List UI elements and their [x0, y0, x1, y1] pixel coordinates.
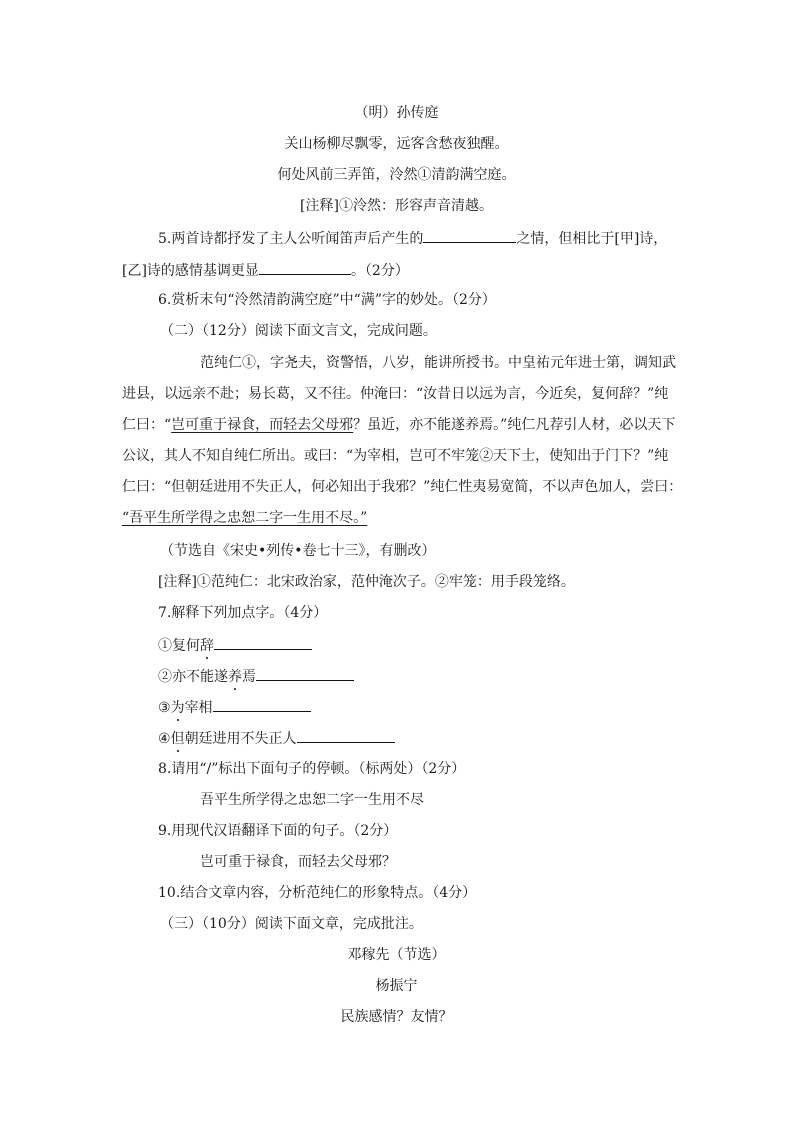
article-author: 杨振宁	[0, 977, 793, 995]
passage-line-3: 仁曰：“岂可重于禄食，而轻去父母邪？虽近，亦不能遂养焉。”纯仁凡荐引人材，必以天…	[122, 416, 675, 434]
poem-author: （明）孙传庭	[0, 104, 793, 122]
answer-blank[interactable]	[423, 228, 516, 243]
underlined-sentence: 岂可重于禄食，而轻去父母邪	[171, 417, 353, 433]
answer-blank[interactable]	[256, 666, 354, 681]
section-3-header: （三）（10分）阅读下面文章，完成批注。	[160, 915, 423, 933]
dotted-char: 但	[171, 730, 185, 748]
passage-line-5: 仁曰：“但朝廷进用不失正人，何必知出于我邪？”纯仁性夷易宽简，不以声色加人，尝曰…	[122, 478, 682, 496]
article-title: 邓稼先（节选）	[0, 946, 793, 964]
dotted-char: 为	[171, 699, 185, 717]
poem-note: [注释]①泠然：形容声音清越。	[0, 197, 793, 215]
answer-blank[interactable]	[259, 260, 351, 275]
question-5-line-2: [乙]诗的感情基调更显。（2分）	[122, 260, 409, 280]
dotted-char: 辞	[200, 637, 214, 655]
question-7-item-1: ①复何辞	[158, 635, 312, 655]
passage-line-4: 公议，其人不知自纯仁所出。或曰：“为宰相，岂可不牢笼②天下士，使知出于门下？”纯	[122, 447, 668, 465]
question-6: 6.赏析末句“泠然清韵满空庭”中“满”字的妙处。（2分）	[158, 291, 496, 309]
source-citation: （节选自《宋史•列传•卷七十三》，有删改）	[160, 542, 436, 560]
passage-line-6-underlined: “吾平生所学得之忠恕二字一生用不尽。”	[122, 509, 367, 527]
poem-line-1: 关山杨柳尽飘零，远客含愁夜独醒。	[0, 135, 793, 153]
question-10: 10.结合文章内容，分析范纯仁的形象特点。（4分）	[158, 884, 476, 902]
question-7-item-3: ③为宰相	[158, 697, 311, 717]
passage-line-1: 范纯仁①，字尧夫，资警悟，八岁，能讲所授书。中皇祐元年进士第，调知武	[200, 354, 676, 372]
section-2-header: （二）（12分）阅读下面文言文，完成问题。	[160, 322, 437, 340]
question-7-item-2: ②亦不能遂养焉	[158, 666, 354, 686]
question-5-line-1: 5.两首诗都抒发了主人公听闻笛声后产生的之情，但相比于[甲]诗，	[158, 228, 667, 248]
passage-note: [注释]①范纯仁：北宋政治家，范仲淹次子。②牢笼：用手段笼络。	[158, 573, 575, 591]
question-9-title: 9.用现代汉语翻译下面的句子。（2分）	[158, 822, 397, 840]
dotted-char: 养	[228, 668, 242, 686]
passage-line-2: 进县，以远亲不赴；易长葛，又不往。仲淹曰：“汝昔日以远为言，今近矣，复何辞？”纯	[122, 385, 668, 403]
question-9-sentence: 岂可重于禄食，而轻去父母邪？	[200, 853, 396, 871]
answer-blank[interactable]	[213, 697, 311, 712]
poem-line-2: 何处风前三弄笛，泠然①清韵满空庭。	[0, 166, 793, 184]
question-7-item-4: ④但朝廷进用不失正人	[158, 728, 395, 748]
question-7-title: 7.解释下列加点字。（4分）	[158, 604, 327, 622]
answer-blank[interactable]	[214, 635, 312, 650]
answer-blank[interactable]	[297, 728, 395, 743]
question-8-title: 8.请用“/”标出下面句子的停顿。（标两处）（2分）	[158, 760, 465, 778]
question-8-sentence: 吾平生所学得之忠恕二字一生用不尽	[200, 791, 424, 809]
article-subheading: 民族感情？友情？	[0, 1008, 793, 1026]
